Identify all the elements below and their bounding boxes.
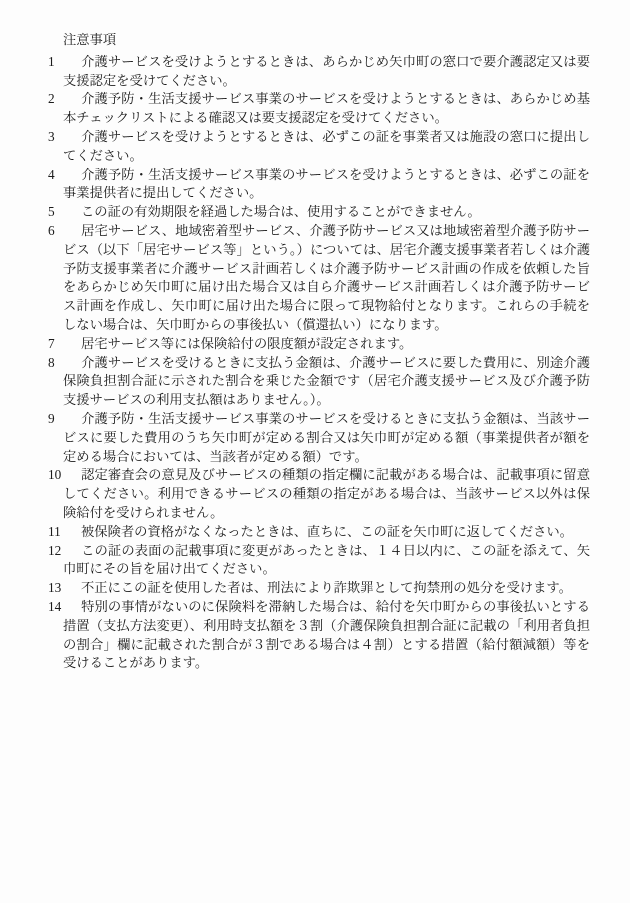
item-number: 13 xyxy=(48,579,81,598)
item-text: 介護予防・生活支援サービス事業のサービスを受けようとするときは、あらかじめ基本チ… xyxy=(63,91,590,125)
item-text: 認定審査会の意見及びサービスの種類の指定欄に記載がある場合は、記載事項に留意して… xyxy=(63,467,590,520)
note-item: 7居宅サービス等には保険給付の限度額が設定されます。 xyxy=(63,335,590,354)
item-text: この証の有効期限を経過した場合は、使用することができません。 xyxy=(81,204,481,219)
item-text: 介護サービスを受けようとするときは、あらかじめ矢巾町の窓口で要介護認定又は要支援… xyxy=(63,54,590,88)
item-number: 11 xyxy=(48,523,81,542)
item-text: 特別の事情がないのに保険料を滞納した場合は、給付を矢巾町からの事後払いとする措置… xyxy=(63,599,590,670)
item-number: 10 xyxy=(48,466,81,485)
note-item: 9介護予防・生活支援サービス事業のサービスを受けるときに支払う金額は、当該サービ… xyxy=(63,410,590,466)
note-item: 13不正にこの証を使用した者は、刑法により詐欺罪として拘禁刑の処分を受けます。 xyxy=(63,579,590,598)
item-text: この証の表面の記載事項に変更があったときは、１４日以内に、この証を添えて、矢巾町… xyxy=(63,543,590,577)
item-text: 介護予防・生活支援サービス事業のサービスを受けるときに支払う金額は、当該サービス… xyxy=(63,411,590,464)
item-number: 3 xyxy=(48,128,81,147)
note-item: 5この証の有効期限を経過した場合は、使用することができません。 xyxy=(63,203,590,222)
note-item: 3介護サービスを受けようとするときは、必ずこの証を事業者又は施設の窓口に提出して… xyxy=(63,128,590,166)
note-item: 6居宅サービス、地域密着型サービス、介護予防サービス又は地域密着型介護予防サービ… xyxy=(63,222,590,335)
item-text: 不正にこの証を使用した者は、刑法により詐欺罪として拘禁刑の処分を受けます。 xyxy=(81,580,572,595)
note-item: 1介護サービスを受けようとするときは、あらかじめ矢巾町の窓口で要介護認定又は要支… xyxy=(63,53,590,91)
item-number: 5 xyxy=(48,203,81,222)
item-number: 9 xyxy=(48,410,81,429)
note-item: 4介護予防・生活支援サービス事業のサービスを受けようとするときは、必ずこの証を事… xyxy=(63,166,590,204)
item-number: 6 xyxy=(48,222,81,241)
item-number: 7 xyxy=(48,335,81,354)
item-number: 2 xyxy=(48,90,81,109)
note-item: 10認定審査会の意見及びサービスの種類の指定欄に記載がある場合は、記載事項に留意… xyxy=(63,466,590,522)
item-text: 介護予防・生活支援サービス事業のサービスを受けようとするときは、必ずこの証を事業… xyxy=(63,167,590,201)
item-number: 4 xyxy=(48,166,81,185)
item-number: 14 xyxy=(48,598,81,617)
item-text: 居宅サービス等には保険給付の限度額が設定されます。 xyxy=(81,336,412,351)
note-item: 14特別の事情がないのに保険料を滞納した場合は、給付を矢巾町からの事後払いとする… xyxy=(63,598,590,673)
note-item: 8介護サービスを受けるときに支払う金額は、介護サービスに要した費用に、別途介護保… xyxy=(63,354,590,410)
item-text: 被保険者の資格がなくなったときは、直ちに、この証を矢巾町に返してください。 xyxy=(81,524,573,539)
item-number: 8 xyxy=(48,354,81,373)
item-text: 介護サービスを受けようとするときは、必ずこの証を事業者又は施設の窓口に提出してく… xyxy=(63,129,590,163)
note-item: 12この証の表面の記載事項に変更があったときは、１４日以内に、この証を添えて、矢… xyxy=(63,542,590,580)
item-number: 1 xyxy=(48,53,81,72)
page-title: 注意事項 xyxy=(63,31,590,50)
note-item: 11被保険者の資格がなくなったときは、直ちに、この証を矢巾町に返してください。 xyxy=(63,523,590,542)
item-text: 介護サービスを受けるときに支払う金額は、介護サービスに要した費用に、別途介護保険… xyxy=(63,355,590,408)
item-text: 居宅サービス、地域密着型サービス、介護予防サービス又は地域密着型介護予防サービス… xyxy=(63,223,590,332)
item-number: 12 xyxy=(48,542,81,561)
notes-section: 注意事項 1介護サービスを受けようとするときは、あらかじめ矢巾町の窓口で要介護認… xyxy=(63,31,590,673)
note-item: 2介護予防・生活支援サービス事業のサービスを受けようとするときは、あらかじめ基本… xyxy=(63,90,590,128)
document-page: 注意事項 1介護サービスを受けようとするときは、あらかじめ矢巾町の窓口で要介護認… xyxy=(0,0,630,903)
